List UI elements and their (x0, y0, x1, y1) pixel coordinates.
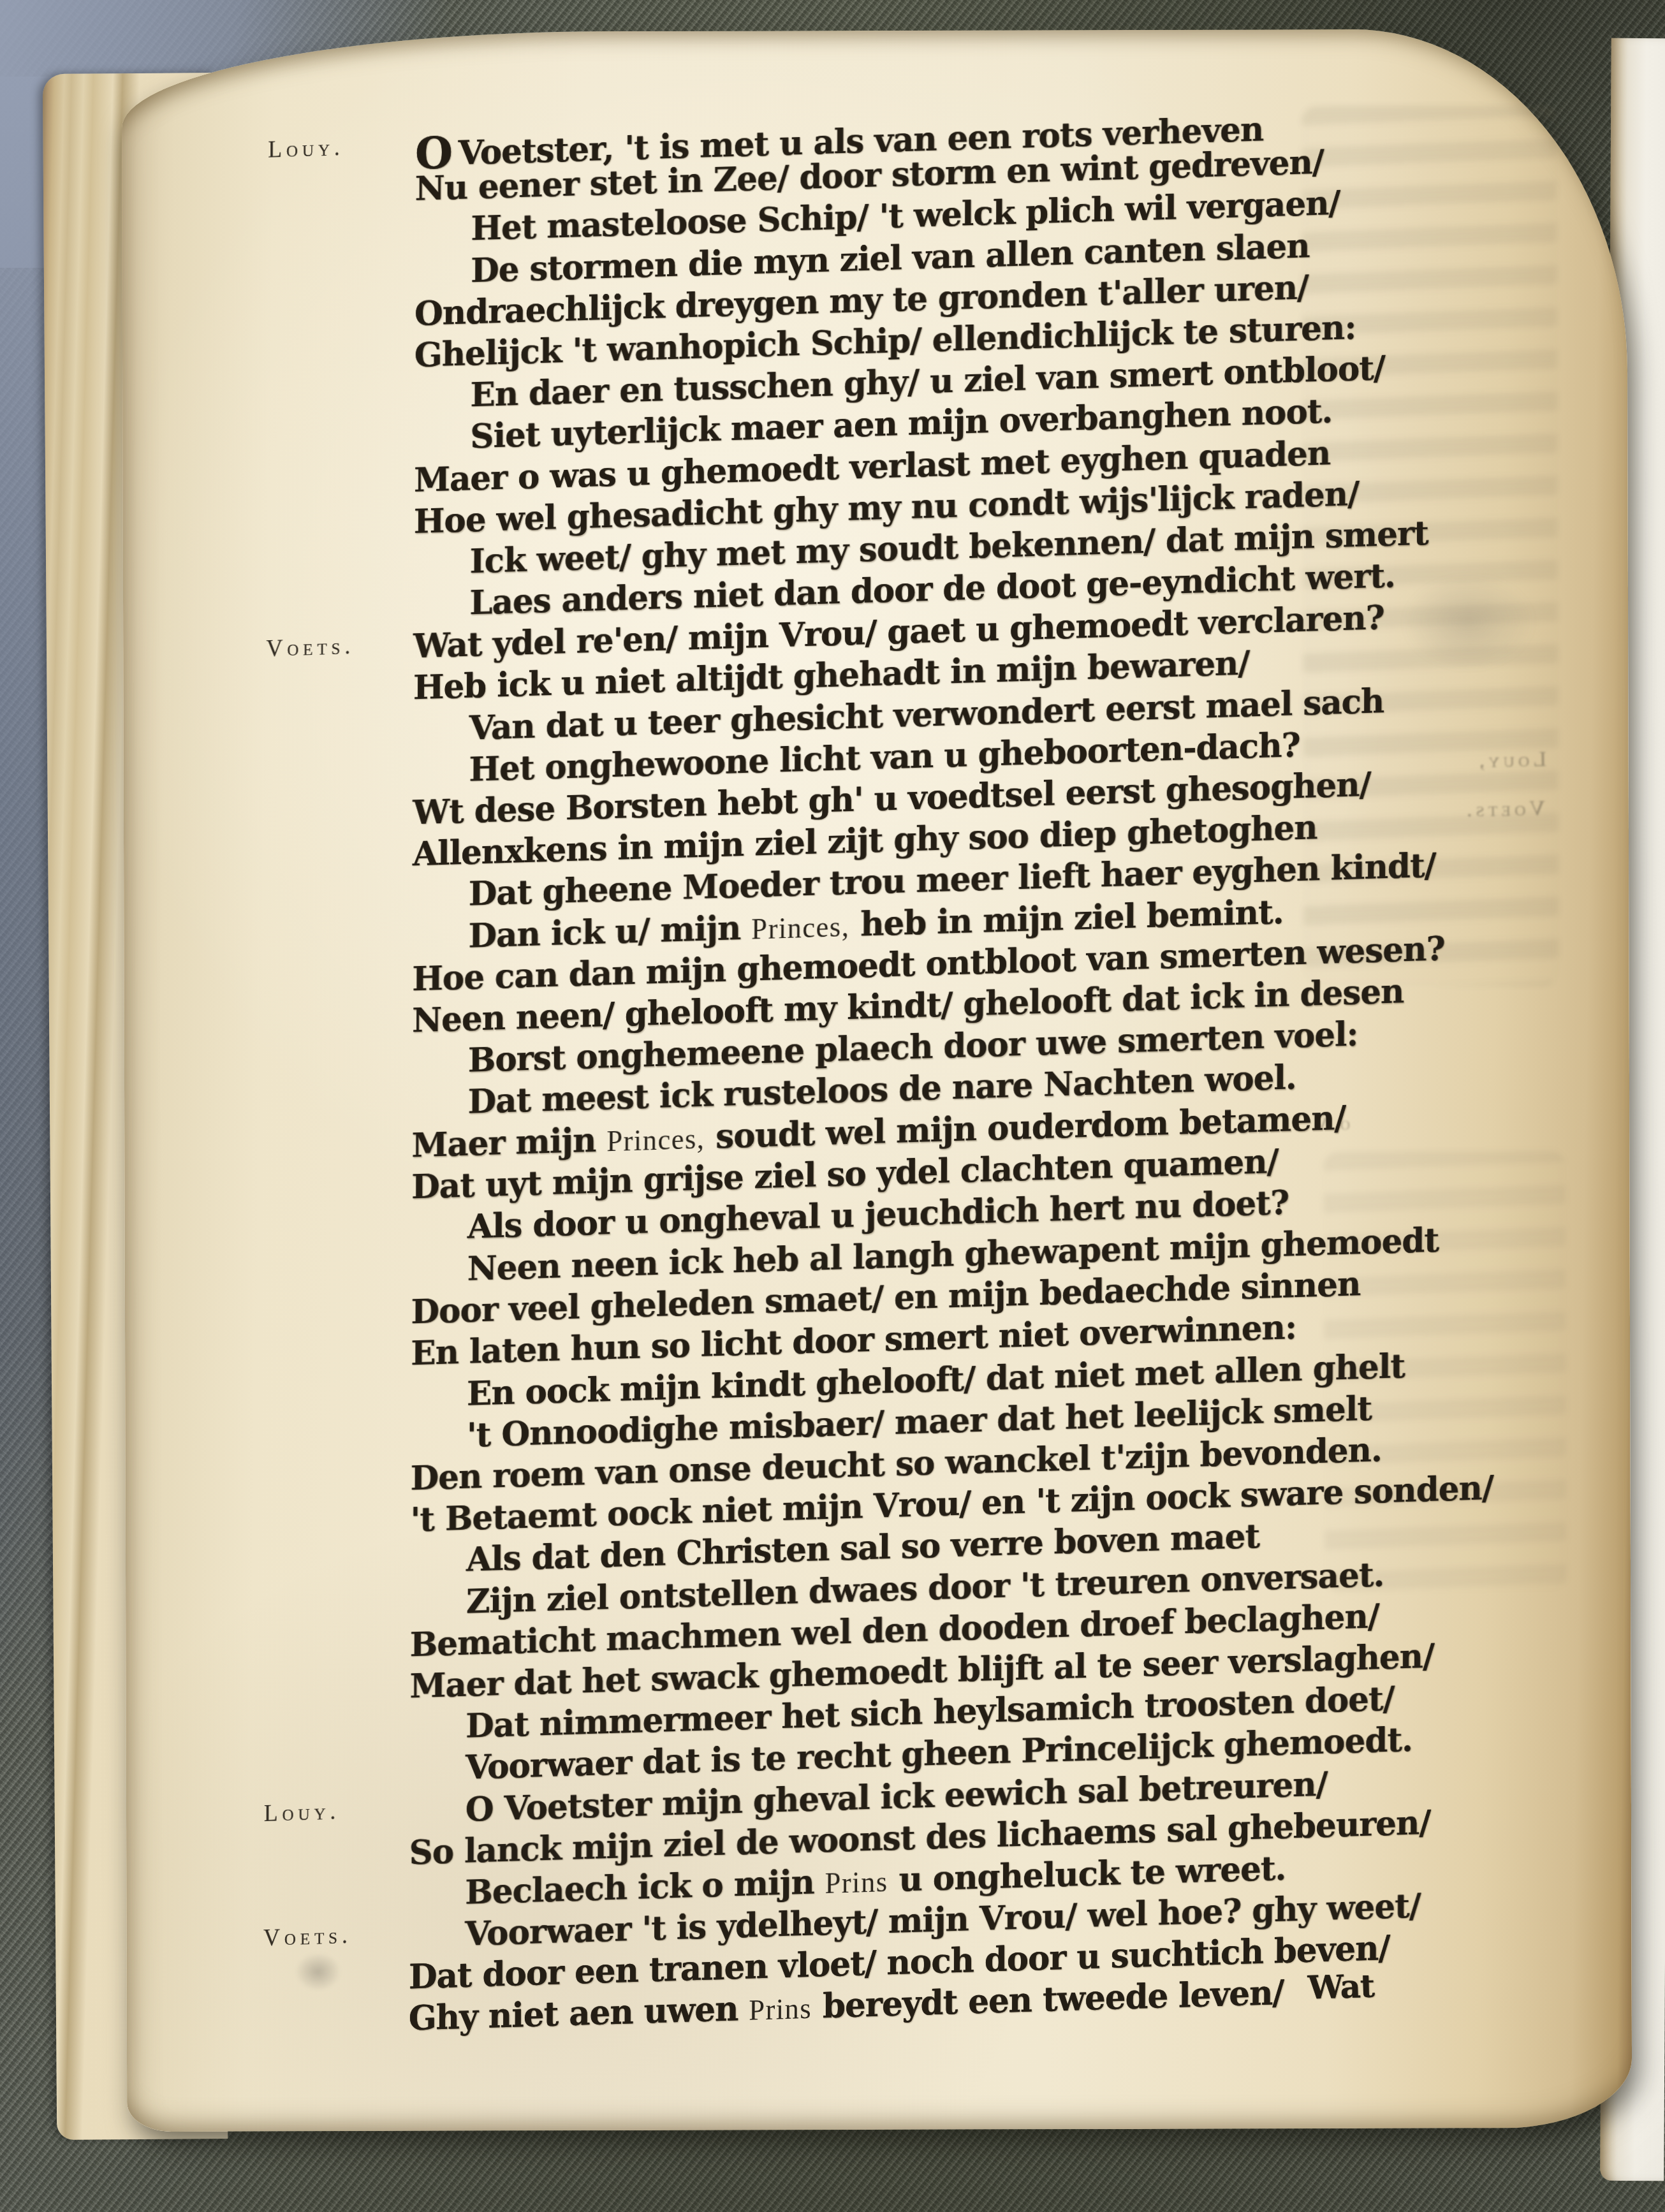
speaker-label: Louy. (264, 1798, 341, 1827)
roman-word: Prins (825, 1865, 888, 1900)
roman-word: Prins (749, 1992, 812, 2026)
roman-word: Princes, (751, 910, 849, 946)
catchword: Wat (1307, 1967, 1375, 2007)
verse-text: Dan ick u/ mijn (469, 907, 752, 955)
roman-word: Princes, (606, 1122, 705, 1158)
speaker-label: Louy. (268, 134, 344, 164)
verse-text: Maer mijn (411, 1120, 606, 1165)
book-page: Louy, Voets. o V Louy.OVoetster, 't is m… (122, 29, 1632, 2132)
speaker-label: Voets. (266, 633, 355, 663)
photo-of-open-book: Louy, Voets. o V Louy.OVoetster, 't is m… (0, 0, 1665, 2212)
verse-text-block: Louy.OVoetster, 't is met u als van een … (115, 0, 1665, 2049)
speaker-label: Voets. (263, 1922, 352, 1952)
